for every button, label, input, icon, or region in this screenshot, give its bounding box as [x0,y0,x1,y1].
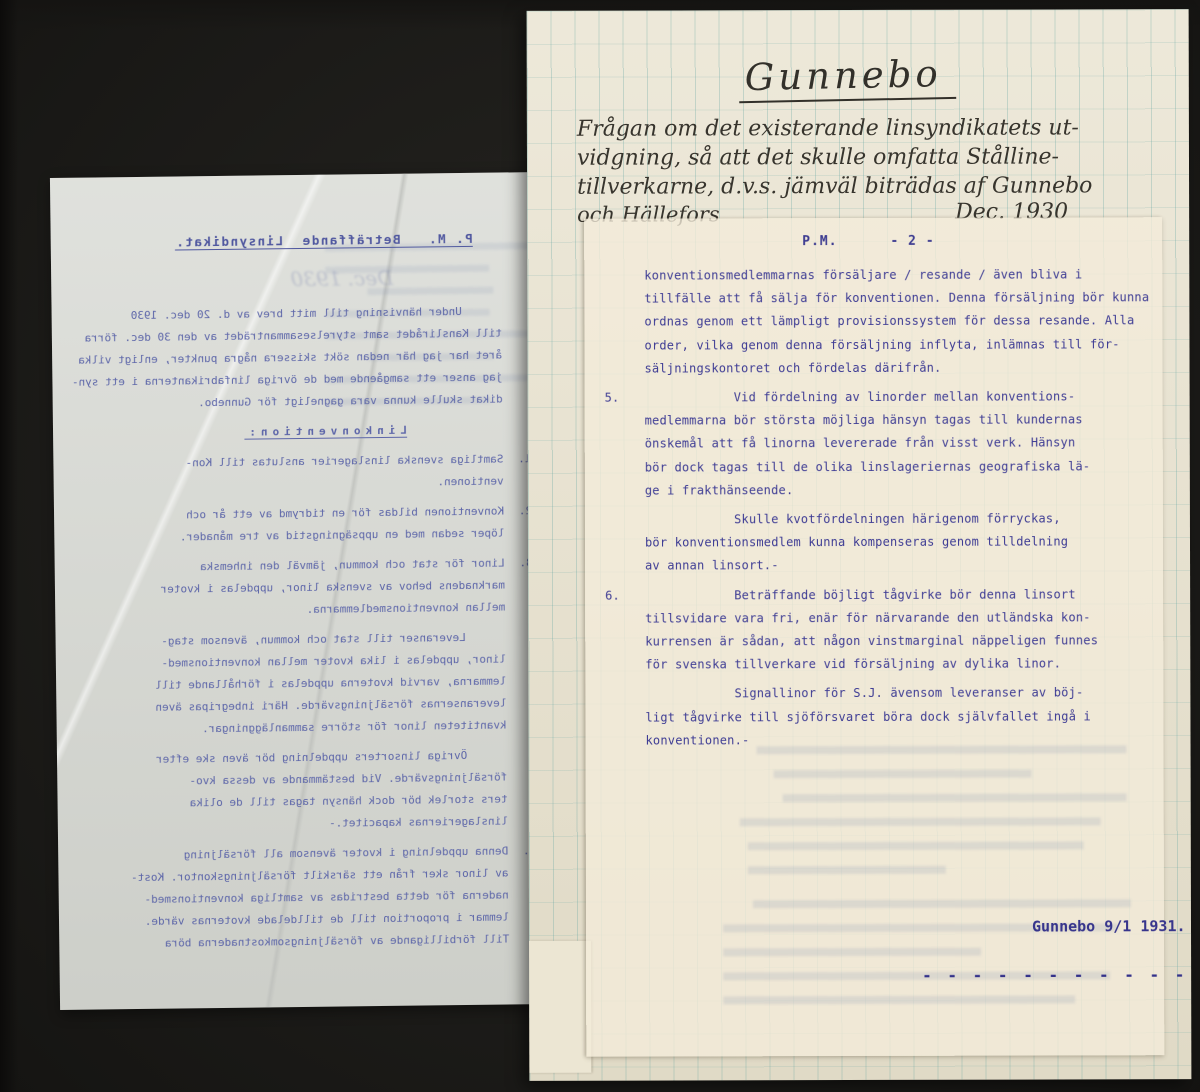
typed-memo-sheet: P.M. - 2 - konventionsmedlemmarnas försä… [584,217,1164,1057]
text-line: önskemål att få linorna levererade från … [645,432,1157,457]
text-line: Till förbilligande av försäljningsomkost… [50,928,509,956]
text-line: ge i frakthänseende. [645,478,1157,503]
text-line: löper sedan med en uppsägningstid av tre… [50,523,505,551]
text-line: bör konventionsmedlem kunna kompenseras … [645,530,1157,555]
text-line: bör dock tagas till de olika linslagerie… [645,455,1157,480]
left-page-bleedthrough [325,242,537,421]
text-line: mellan konventionsmedlemmarna. [50,597,505,625]
text-line: 6. Beträffande böjligt tågvirke bör denn… [645,583,1157,608]
text-line: kurrensen är sådan, att någon vinstmargi… [645,629,1157,654]
underlying-sheet-corner [529,941,591,1073]
text-line: för svenska tillverkare vid försäljning … [645,652,1157,677]
memo-dash-signature: - - - - - - - - - - - - - [922,965,1191,985]
item-number: 5. [605,387,620,410]
memo-signature: Gunnebo 9/1 1931. [1032,917,1186,935]
text-line: medlemmarna bör största möjliga hänsyn t… [645,408,1157,433]
memo-body: konventionsmedlemmarnas försäljare / res… [644,263,1157,752]
text-line: Signallinor för S.J. ävensom leveranser … [645,682,1157,707]
text-line: tillsvidare vara fri, enär för närvarand… [645,606,1157,631]
memo-header: P.M. - 2 - [802,234,934,249]
text-line: Linkonvention: [50,419,503,447]
text-line: av annan linsort.- [645,554,1157,579]
text-line: linslageriernas kapacitet.- [50,810,508,838]
text-line: tillfälle att få sälja för konventionen.… [644,286,1156,311]
left-page: P. M. Beträffande Linsyndikat. Dec. 1930… [50,172,552,1010]
item-number: 6. [605,584,620,607]
text-line: kvantiteten linor för större sammanläggn… [50,714,507,742]
text-line: konventionsmedlemmarnas försäljare / res… [644,263,1156,288]
text-line: order, vilka genom denna försäljning inf… [644,333,1156,358]
text-line: säljningskontoret och fördelas därifrån. [645,356,1157,381]
text-line: ordnas genom ett lämpligt provisionssyst… [644,310,1156,335]
text-line: 5. Vid fördelning av linorder mellan kon… [645,385,1157,410]
text-line: ligt tågvirke till sjöförsvaret böra doc… [645,705,1157,730]
text-line: ventionen. [50,471,504,499]
text-line: Skulle kvotfördelningen härigenom förryc… [645,507,1157,532]
handwritten-title: Gunnebo [738,52,956,103]
handwritten-note: Frågan om det existerande linsyndikatets… [577,113,1167,202]
right-page: Gunnebo Frågan om det existerande linsyn… [527,9,1192,1081]
